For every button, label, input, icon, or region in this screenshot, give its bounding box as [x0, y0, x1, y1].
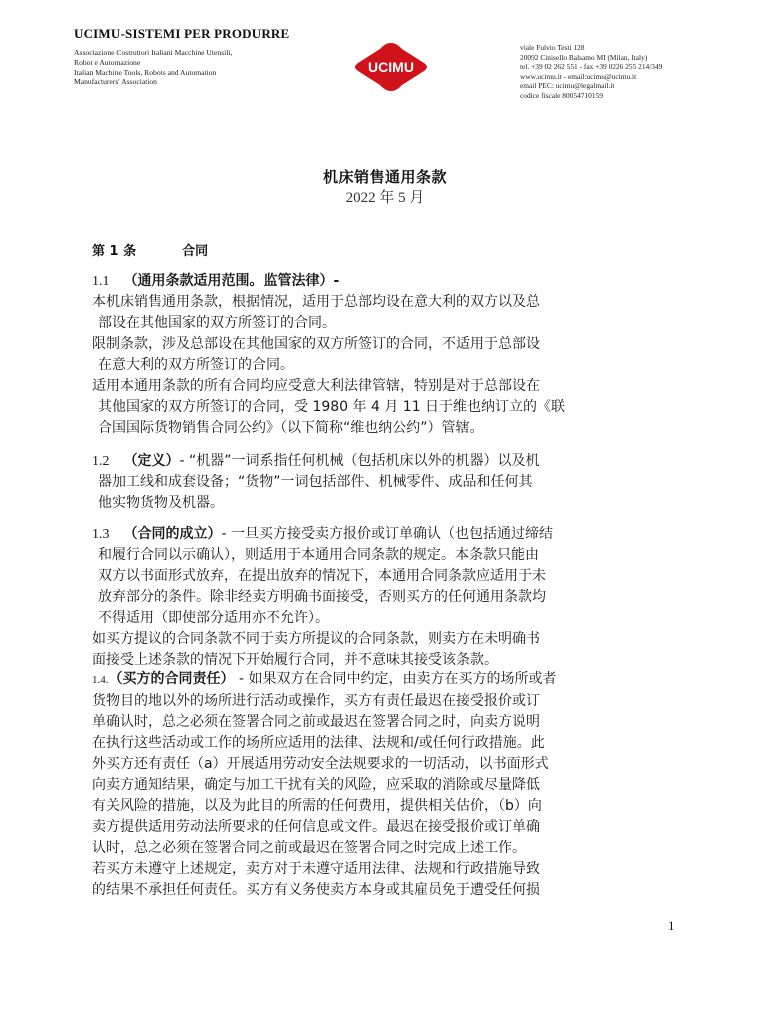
org-desc-line: Associazione Costruttori Italiani Macchi… [74, 48, 232, 58]
text-line: 面接受上述条款的情况下开始履行合同，并不意味其接受该条款。 [92, 650, 652, 671]
text-line: 器加工线和成套设备；“货物”一词包括部件、机械零件、成品和任何其 [92, 472, 652, 493]
text-line: - 如果双方在合同中约定，由卖方在买方的场所或者 [235, 671, 557, 687]
section-1-3: 1.3（合同的成立）- 一旦买方接受卖方报价或订单确认（也包括通过缔结 和履行合… [92, 524, 652, 671]
org-description: Associazione Costruttori Italiani Macchi… [74, 48, 232, 87]
org-desc-line: Manufacturers' Association [74, 77, 232, 87]
org-address: viale Fulvio Testi 128 20092 Cinisello B… [520, 43, 662, 100]
section-number: 1.2 [92, 454, 110, 469]
text-line: 适用本通用条款的所有合同均应受意大利法律管辖，特别是对于总部设在 [92, 376, 652, 397]
article-number: 第 1 条 [92, 244, 136, 259]
text-line: 双方以书面形式放弃，在提出放弃的情况下，本通用合同条款应适用于未 [92, 566, 652, 587]
text-line: 不得适用（即使部分适用亦不允许）。 [92, 608, 652, 629]
text-line: 货物目的地以外的场所进行活动或操作，买方有责任最迟在接受报价或订 [92, 691, 652, 712]
section-1-4: 1.4.（买方的合同责任） - 如果双方在合同中约定，由卖方在买方的场所或者 货… [92, 669, 652, 901]
text-line: 部设在其他国家的双方所签订的合同。 [92, 313, 652, 334]
org-desc-line: Robot e Automazione [74, 58, 232, 68]
document-date: 2022 年 5 月 [0, 186, 770, 207]
address-line: email PEC: ucimu@legalmail.it [520, 81, 662, 91]
text-line: 若买方未遵守上述规定，卖方对于未遵守适用法律、法规和行政措施导致 [92, 859, 652, 880]
page-number: 1 [668, 918, 675, 934]
address-line: 20092 Cinisello Balsamo MI (Milan, Italy… [520, 53, 662, 63]
org-name: UCIMU-SISTEMI PER PRODURRE [74, 26, 289, 42]
section-number: 1.4. [92, 674, 109, 686]
text-line: 在执行这些活动或工作的场所应适用的法律、法规和/或任何行政措施。此 [92, 733, 652, 754]
document-title: 机床销售通用条款 [0, 166, 770, 187]
text-line: 本机床销售通用条款，根据情况，适用于总部均设在意大利的双方以及总 [92, 292, 652, 313]
address-line: www.ucimu.it - email:ucimu@ucimu.it [520, 72, 662, 82]
text-line: 合国国际货物销售合同公约》（以下简称“维也纳公约”）管辖。 [92, 418, 652, 439]
text-line: 和履行合同以示确认），则适用于本通用合同条款的规定。本条款只能由 [92, 545, 652, 566]
text-line: 外买方还有责任（a）开展适用劳动安全法规要求的一切活动，以书面形式 [92, 754, 652, 775]
text-line: - “机器”一词系指任何机械（包括机床以外的机器）以及机 [180, 453, 540, 469]
org-desc-line: Italian Machine Tools, Robots and Automa… [74, 68, 232, 78]
text-line: 如买方提议的合同条款不同于卖方所提议的合同条款，则卖方在未明确书 [92, 629, 652, 650]
text-line: 有关风险的措施，以及为此目的所需的任何费用，提供相关估价，（b）向 [92, 796, 652, 817]
text-line: - 一旦买方接受卖方报价或订单确认（也包括通过缔结 [222, 526, 554, 542]
address-line: tel. +39 02 262 551 - fax +39 0226 255 2… [520, 62, 662, 72]
section-1-1: 1.1（通用条款适用范围。监管法律）- 本机床销售通用条款，根据情况，适用于总部… [92, 271, 652, 439]
address-line: codice fiscale 80054710159 [520, 91, 662, 101]
text-line: 限制条款，涉及总部设在其他国家的双方所签订的合同，不适用于总部设 [92, 334, 652, 355]
section-heading: （合同的成立） [124, 526, 222, 542]
text-line: 的结果不承担任何责任。买方有义务使卖方本身或其雇员免于遭受任何损 [92, 880, 652, 901]
section-heading: （通用条款适用范围。监管法律）- [124, 273, 340, 289]
section-heading: （买方的合同责任） [109, 671, 235, 687]
text-line: 放弃部分的条件。除非经卖方明确书面接受，否则买方的任何通用条款均 [92, 587, 652, 608]
section-heading: （定义） [124, 453, 180, 469]
text-line: 其他国家的双方所签订的合同，受 1980 年 4 月 11 日于维也纳订立的《联 [92, 397, 652, 418]
ucimu-logo: UCIMU [352, 42, 430, 92]
address-line: viale Fulvio Testi 128 [520, 43, 662, 53]
section-number: 1.3 [92, 527, 110, 542]
svg-text:UCIMU: UCIMU [368, 59, 414, 75]
text-line: 单确认时，总之必须在签署合同之前或最迟在签署合同之时，向卖方说明 [92, 712, 652, 733]
text-line: 他实物货物及机器。 [92, 493, 652, 514]
text-line: 卖方提供适用劳动法所要求的任何信息或文件。最迟在接受报价或订单确 [92, 817, 652, 838]
article-title: 合同 [182, 244, 208, 259]
section-number: 1.1 [92, 274, 110, 289]
text-line: 向卖方通知结果，确定与加工干扰有关的风险，应采取的消除或尽量降低 [92, 775, 652, 796]
text-line: 在意大利的双方所签订的合同。 [92, 355, 652, 376]
text-line: 认时，总之必须在签署合同之前或最迟在签署合同之时完成上述工作。 [92, 838, 652, 859]
article-heading: 第 1 条合同 [92, 240, 208, 259]
section-1-2: 1.2（定义）- “机器”一词系指任何机械（包括机床以外的机器）以及机 器加工线… [92, 451, 652, 514]
